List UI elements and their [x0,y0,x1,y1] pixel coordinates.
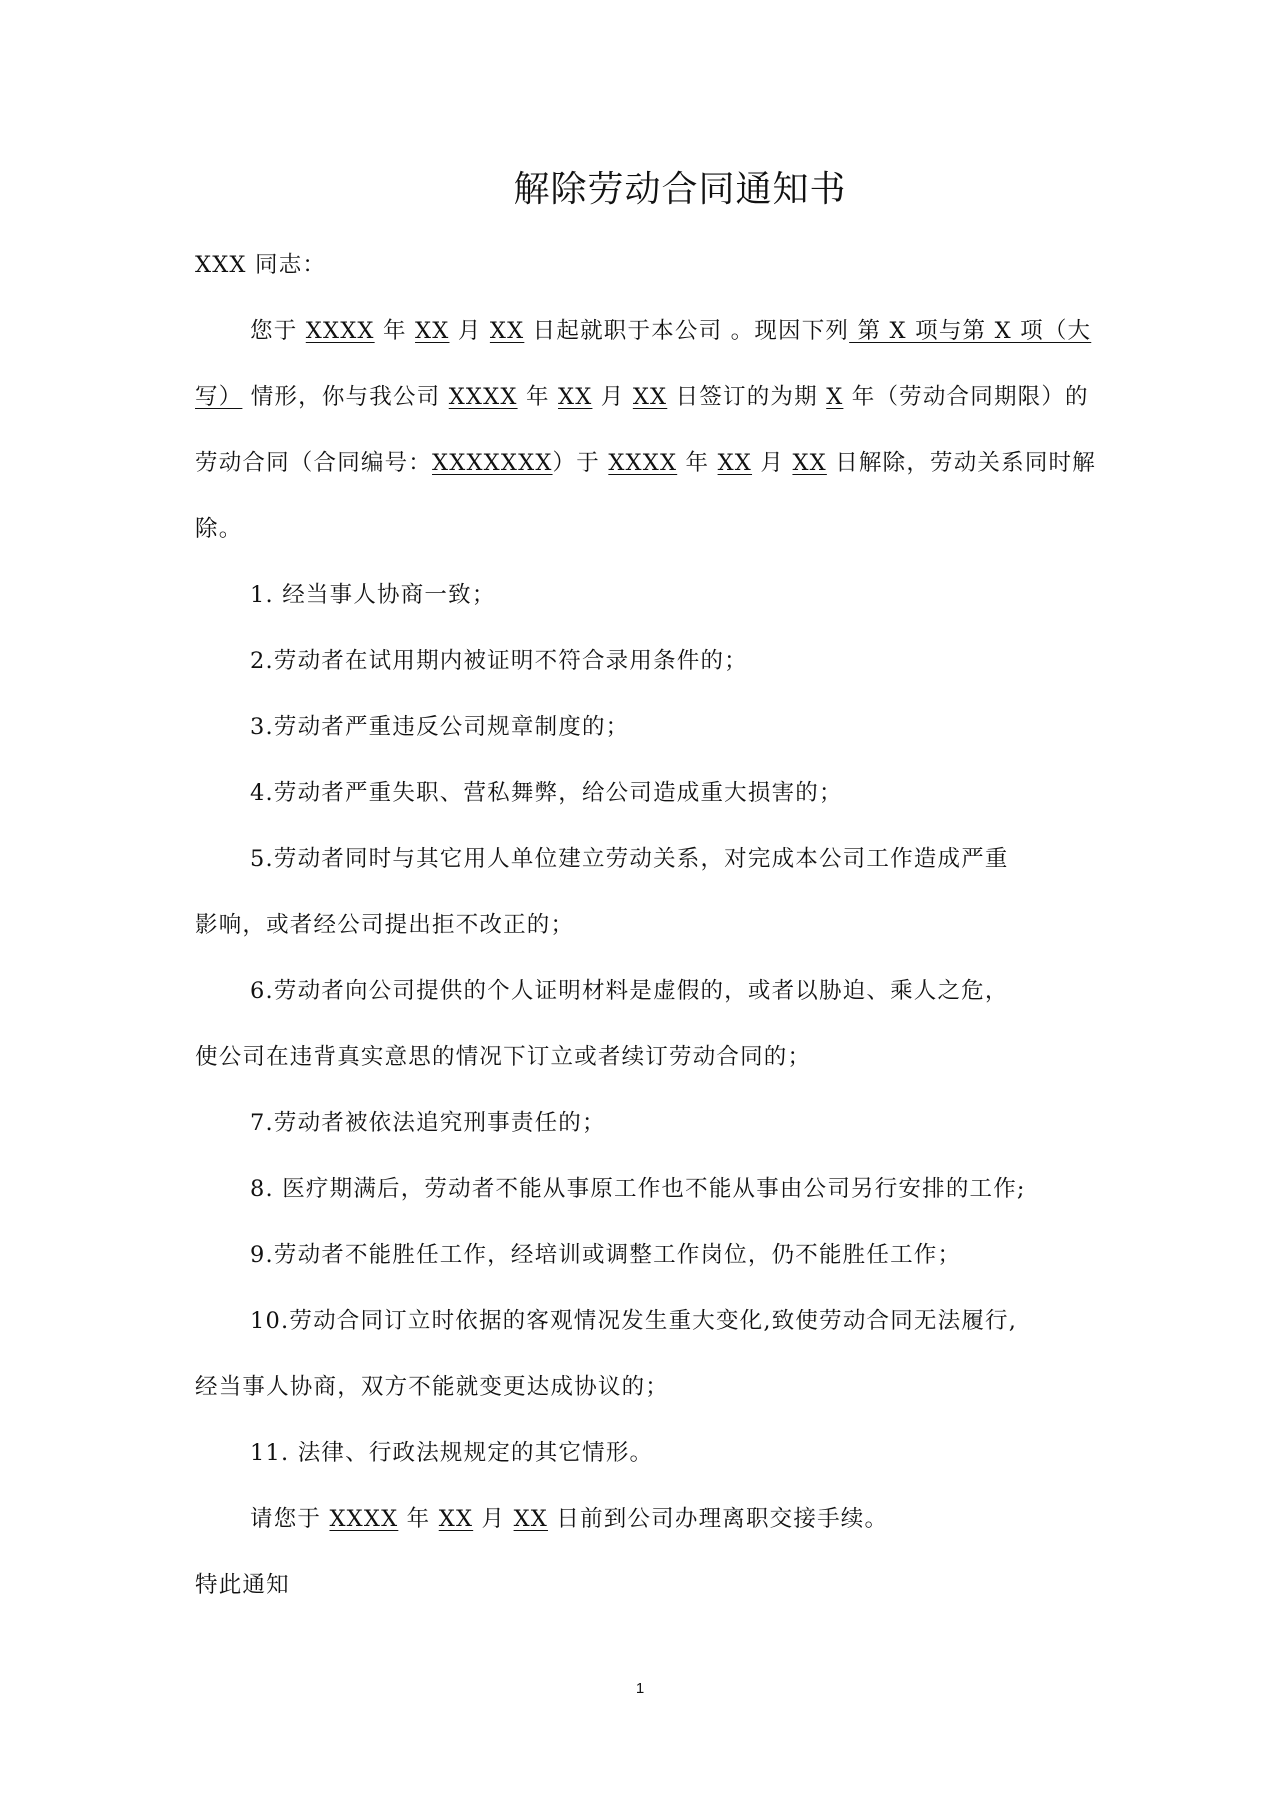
list-item-5-cont: 影响，或者经公司提出拒不改正的； [195,910,574,940]
text: 年 [677,450,717,476]
termination-year-field: XXXX [608,450,677,476]
text: 月 [752,450,792,476]
list-item-6-cont: 使公司在违背真实意思的情况下订立或者续订劳动合同的； [195,1042,811,1072]
intro-line-3: 劳动合同（合同编号：XXXXXXX）于 XXXX 年 XX 月 XX 日解除，劳… [195,448,1096,478]
closing-text: 特此通知 [195,1570,290,1600]
list-item-11: 11. 法律、行政法规规定的其它情形。 [250,1438,653,1468]
start-year-field: XXXX [306,318,375,344]
list-item-2: 2.劳动者在试用期内被证明不符合录用条件的； [250,646,748,676]
text: 年（劳动合同期限）的 [843,384,1088,410]
handover-month-field: XX [439,1506,473,1532]
termination-day-field: XX [792,450,826,476]
text: 您于 [250,318,306,344]
handover-line: 请您于 XXXX 年 XX 月 XX 日前到公司办理离职交接手续。 [250,1504,888,1534]
text: 年 [375,318,415,344]
text: 劳动合同（合同编号： [195,450,432,476]
list-item-10-cont: 经当事人协商，双方不能就变更达成协议的； [195,1372,669,1402]
list-item-10: 10.劳动合同订立时依据的客观情况发生重大变化,致使劳动合同无法履行, [250,1306,1017,1336]
start-month-field: XX [415,318,449,344]
document-page: 解除劳动合同通知书 XXX 同志： 您于 XXXX 年 XX 月 XX 日起就职… [0,0,1280,1813]
start-day-field: XX [490,318,524,344]
items-reference-field: 写） [195,384,242,410]
intro-line-1: 您于 XXXX 年 XX 月 XX 日起就职于本公司 。现因下列 第 X 项与第… [250,316,1091,346]
text: 请您于 [250,1506,329,1532]
text: 月 [592,384,632,410]
page-number: 1 [0,1680,1280,1697]
list-item-6: 6.劳动者向公司提供的个人证明材料是虚假的，或者以胁迫、乘人之危， [250,976,1009,1006]
text: 日签订的为期 [667,384,826,410]
list-item-9: 9.劳动者不能胜任工作，经培训或调整工作岗位，仍不能胜任工作； [250,1240,961,1270]
sign-month-field: XX [558,384,592,410]
text: 日前到公司办理离职交接手续。 [548,1506,888,1532]
handover-year-field: XXXX [329,1506,398,1532]
intro-line-2: 写） 情形，你与我公司 XXXX 年 XX 月 XX 日签订的为期 X 年（劳动… [195,382,1089,412]
text: 情形，你与我公司 [242,384,448,410]
text: 年 [518,384,558,410]
list-item-7: 7.劳动者被依法追究刑事责任的； [250,1108,606,1138]
text: ）于 [553,450,609,476]
sign-year-field: XXXX [449,384,518,410]
items-reference-field: 第 X 项与第 X 项（大 [849,318,1091,344]
list-item-8: 8. 医疗期满后，劳动者不能从事原工作也不能从事由公司另行安排的工作; [250,1174,1026,1204]
sign-day-field: XX [633,384,667,410]
list-item-4: 4.劳动者严重失职、营私舞弊，给公司造成重大损害的； [250,778,843,808]
document-title: 解除劳动合同通知书 [0,162,1280,218]
text: 月 [473,1506,513,1532]
list-item-5: 5.劳动者同时与其它用人单位建立劳动关系，对完成本公司工作造成严重 [250,844,1009,874]
handover-day-field: XX [514,1506,548,1532]
text: 月 [449,318,489,344]
text: 日解除，劳动关系同时解 [827,450,1096,476]
list-item-3: 3.劳动者严重违反公司规章制度的； [250,712,629,742]
list-item-1: 1. 经当事人协商一致； [250,580,496,610]
contract-number-field: XXXXXXX [432,450,553,476]
termination-month-field: XX [718,450,752,476]
contract-term-field: X [826,384,843,410]
salutation: XXX 同志： [195,250,326,280]
text: 年 [398,1506,438,1532]
text: 日起就职于本公司 。现因下列 [524,318,849,344]
intro-line-4: 除。 [195,514,242,544]
